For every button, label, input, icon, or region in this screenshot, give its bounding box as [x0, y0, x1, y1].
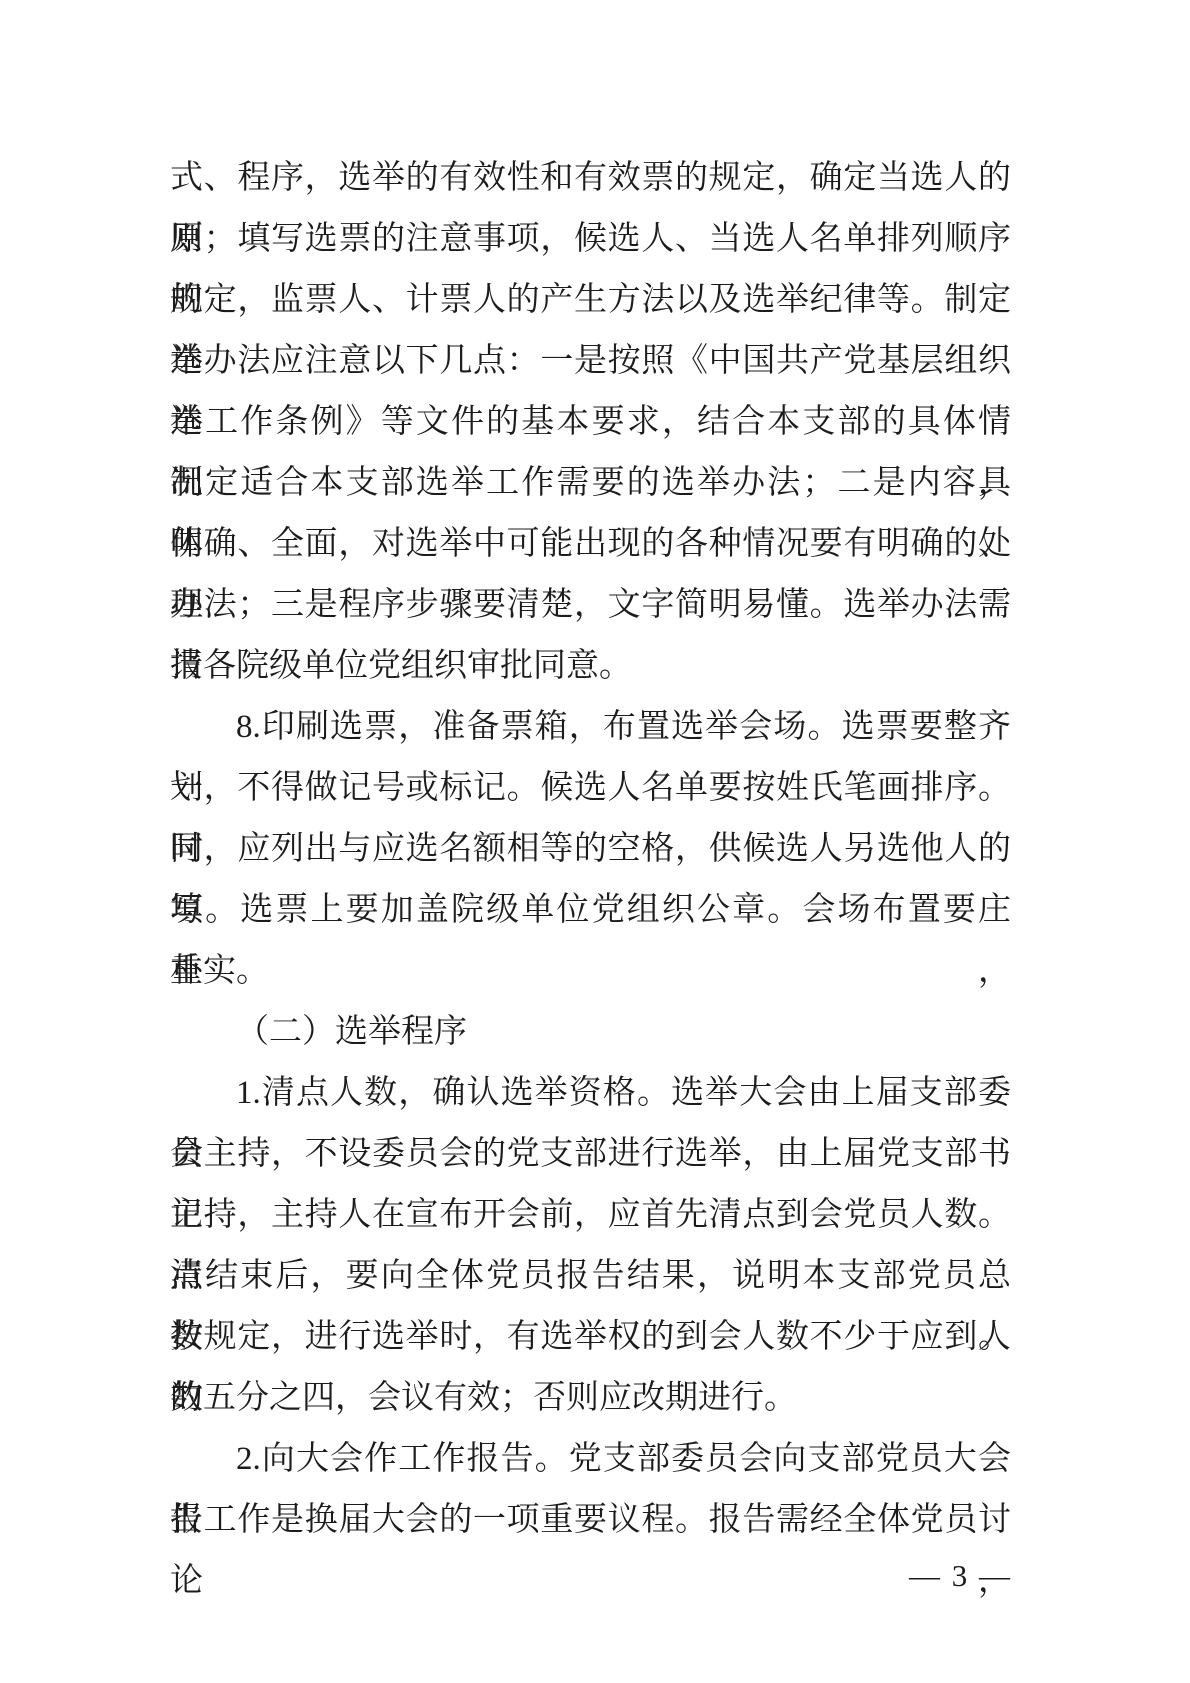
- body-line: 1.清点人数，确认选举资格。选举大会由上届支部委员: [170, 1063, 1011, 1124]
- document-body: 式、程序，选举的有效性和有效票的规定，确定当选人的原 则；填写选票的注意事项，候…: [170, 148, 1011, 1551]
- body-line: 办法；三是程序步骤要清楚，文字简明易懂。选举办法需报: [170, 575, 1011, 636]
- body-line: 举办法应注意以下几点：一是按照《中国共产党基层组织选: [170, 331, 1011, 392]
- body-line: 制定适合本支部选举工作需要的选举办法；二是内容具体、: [170, 453, 1011, 514]
- body-line: 主持，主持人在宣布开会前，应首先清点到会党员人数。清: [170, 1185, 1011, 1246]
- body-line: 明确、全面，对选举中可能出现的各种情况要有明确的处理: [170, 514, 1011, 575]
- body-line: 会主持，不设委员会的党支部进行选举，由上届党支部书记: [170, 1124, 1011, 1185]
- body-line: 的五分之四，会议有效；否则应改期进行。: [170, 1368, 1011, 1429]
- document-page: 式、程序，选举的有效性和有效票的规定，确定当选人的原 则；填写选票的注意事项，候…: [0, 0, 1190, 1683]
- body-line: 请各院级单位党组织审批同意。: [170, 636, 1011, 697]
- body-line: 则；填写选票的注意事项，候选人、当选人名单排列顺序的: [170, 209, 1011, 270]
- body-line: 点结束后，要向全体党员报告结果，说明本支部党员总数。: [170, 1246, 1011, 1307]
- body-line: 2.向大会作工作报告。党支部委员会向支部党员大会报: [170, 1429, 1011, 1490]
- body-line: 8.印刷选票，准备票箱，布置选举会场。选票要整齐划: [170, 697, 1011, 758]
- body-line: 举工作条例》等文件的基本要求，结合本支部的具体情况，: [170, 392, 1011, 453]
- body-line: 告工作是换届大会的一项重要议程。报告需经全体党员讨论，: [170, 1490, 1011, 1551]
- body-line: 式、程序，选举的有效性和有效票的规定，确定当选人的原: [170, 148, 1011, 209]
- body-line: 按规定，进行选举时，有选举权的到会人数不少于应到人数: [170, 1307, 1011, 1368]
- body-line: 规定，监票人、计票人的产生方法以及选举纪律等。制定选: [170, 270, 1011, 331]
- body-line: 一，不得做记号或标记。候选人名单要按姓氏笔画排序。同: [170, 758, 1011, 819]
- body-line: 时，应列出与应选名额相等的空格，供候选人另选他人的填: [170, 819, 1011, 880]
- section-heading: （二）选举程序: [170, 1002, 1011, 1063]
- page-number: — 3 —: [909, 1556, 1012, 1596]
- body-line: 写。选票上要加盖院级单位党组织公章。会场布置要庄重，: [170, 880, 1011, 941]
